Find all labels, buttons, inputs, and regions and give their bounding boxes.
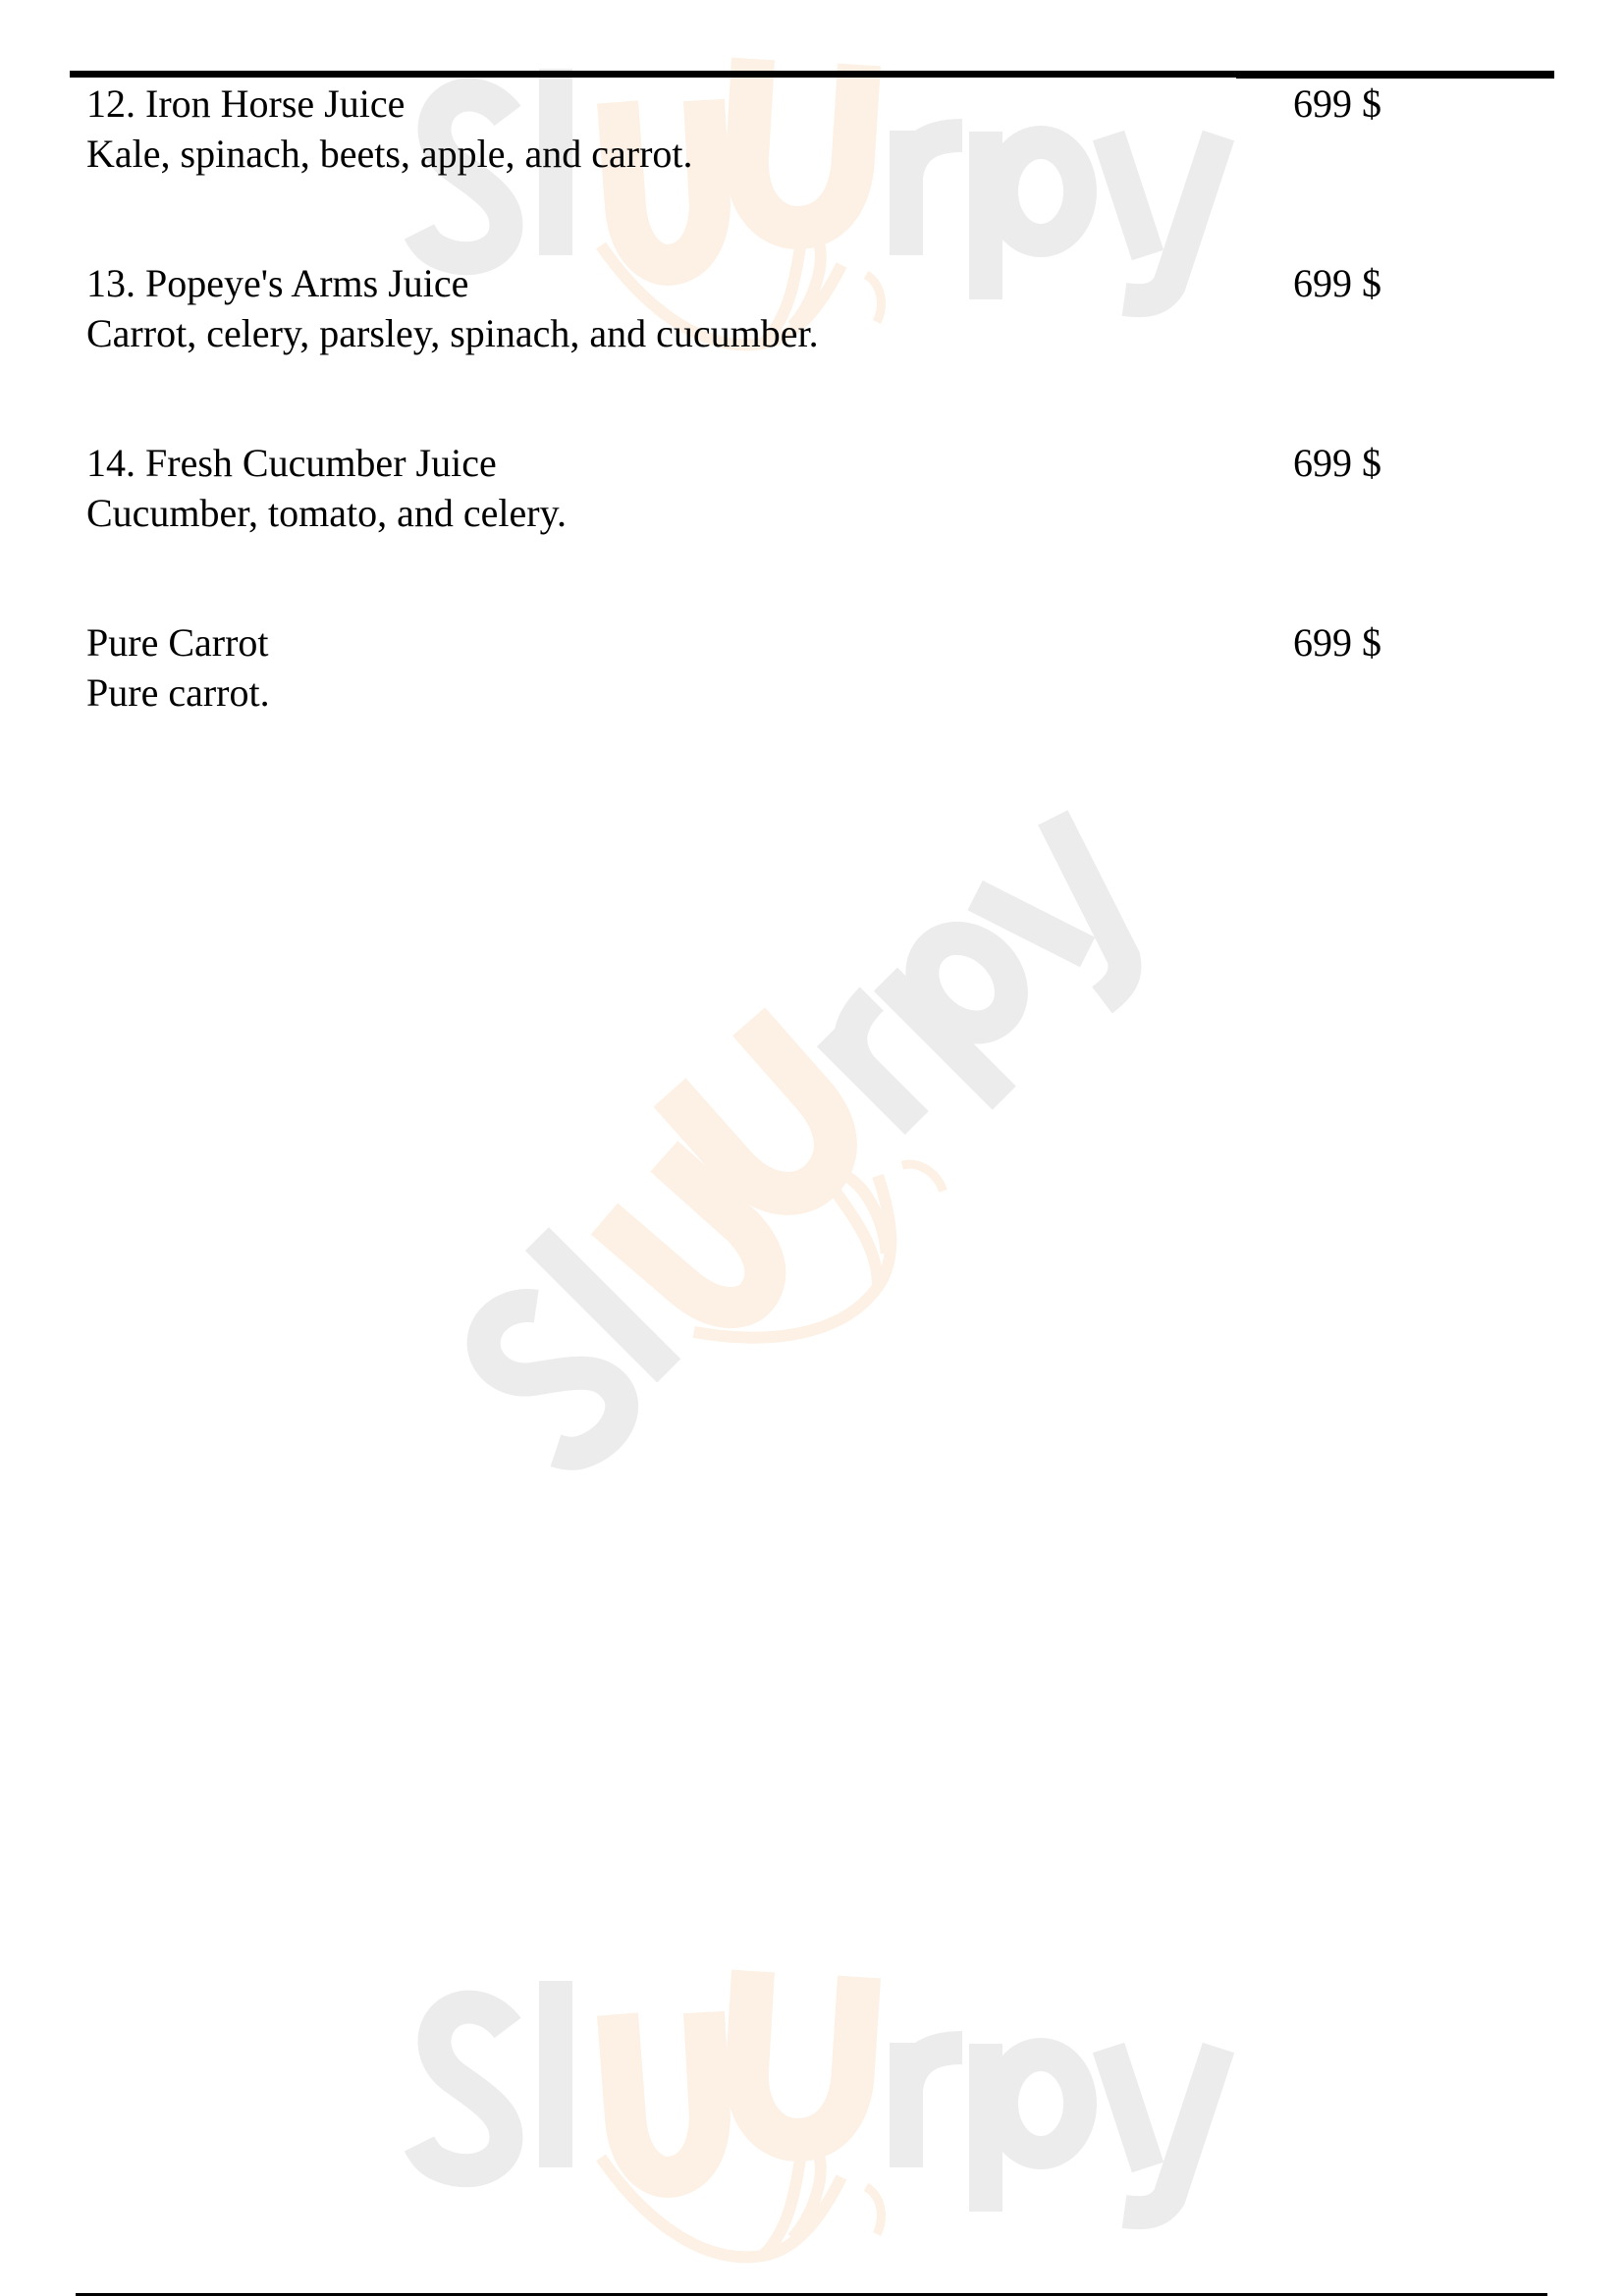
item-price: 699 $ [1293,440,1381,487]
menu-item: Pure Carrot Pure carrot. 699 $ [86,619,1559,799]
top-rule [70,71,1236,78]
item-description: Carrot, celery, parsley, spinach, and cu… [86,310,819,357]
sluurpy-watermark-middle [426,759,1211,1543]
item-price: 699 $ [1293,619,1381,667]
item-price: 699 $ [1293,260,1381,307]
menu-item: 14. Fresh Cucumber Juice Cucumber, tomat… [86,440,1559,619]
menu-item: 13. Popeye's Arms Juice Carrot, celery, … [86,260,1559,440]
top-rule-right-segment [1236,71,1554,79]
item-name: 12. Iron Horse Juice [86,80,405,128]
item-description: Pure carrot. [86,669,270,717]
item-description: Kale, spinach, beets, apple, and carrot. [86,131,693,178]
menu-item: 12. Iron Horse Juice Kale, spinach, beet… [86,80,1559,260]
item-name: 13. Popeye's Arms Juice [86,260,468,307]
menu-list: 12. Iron Horse Juice Kale, spinach, beet… [86,80,1559,799]
item-name: Pure Carrot [86,619,269,667]
item-description: Cucumber, tomato, and celery. [86,490,567,537]
item-name: 14. Fresh Cucumber Juice [86,440,497,487]
sluurpy-watermark-bottom [409,1971,1224,2266]
item-price: 699 $ [1293,80,1381,128]
